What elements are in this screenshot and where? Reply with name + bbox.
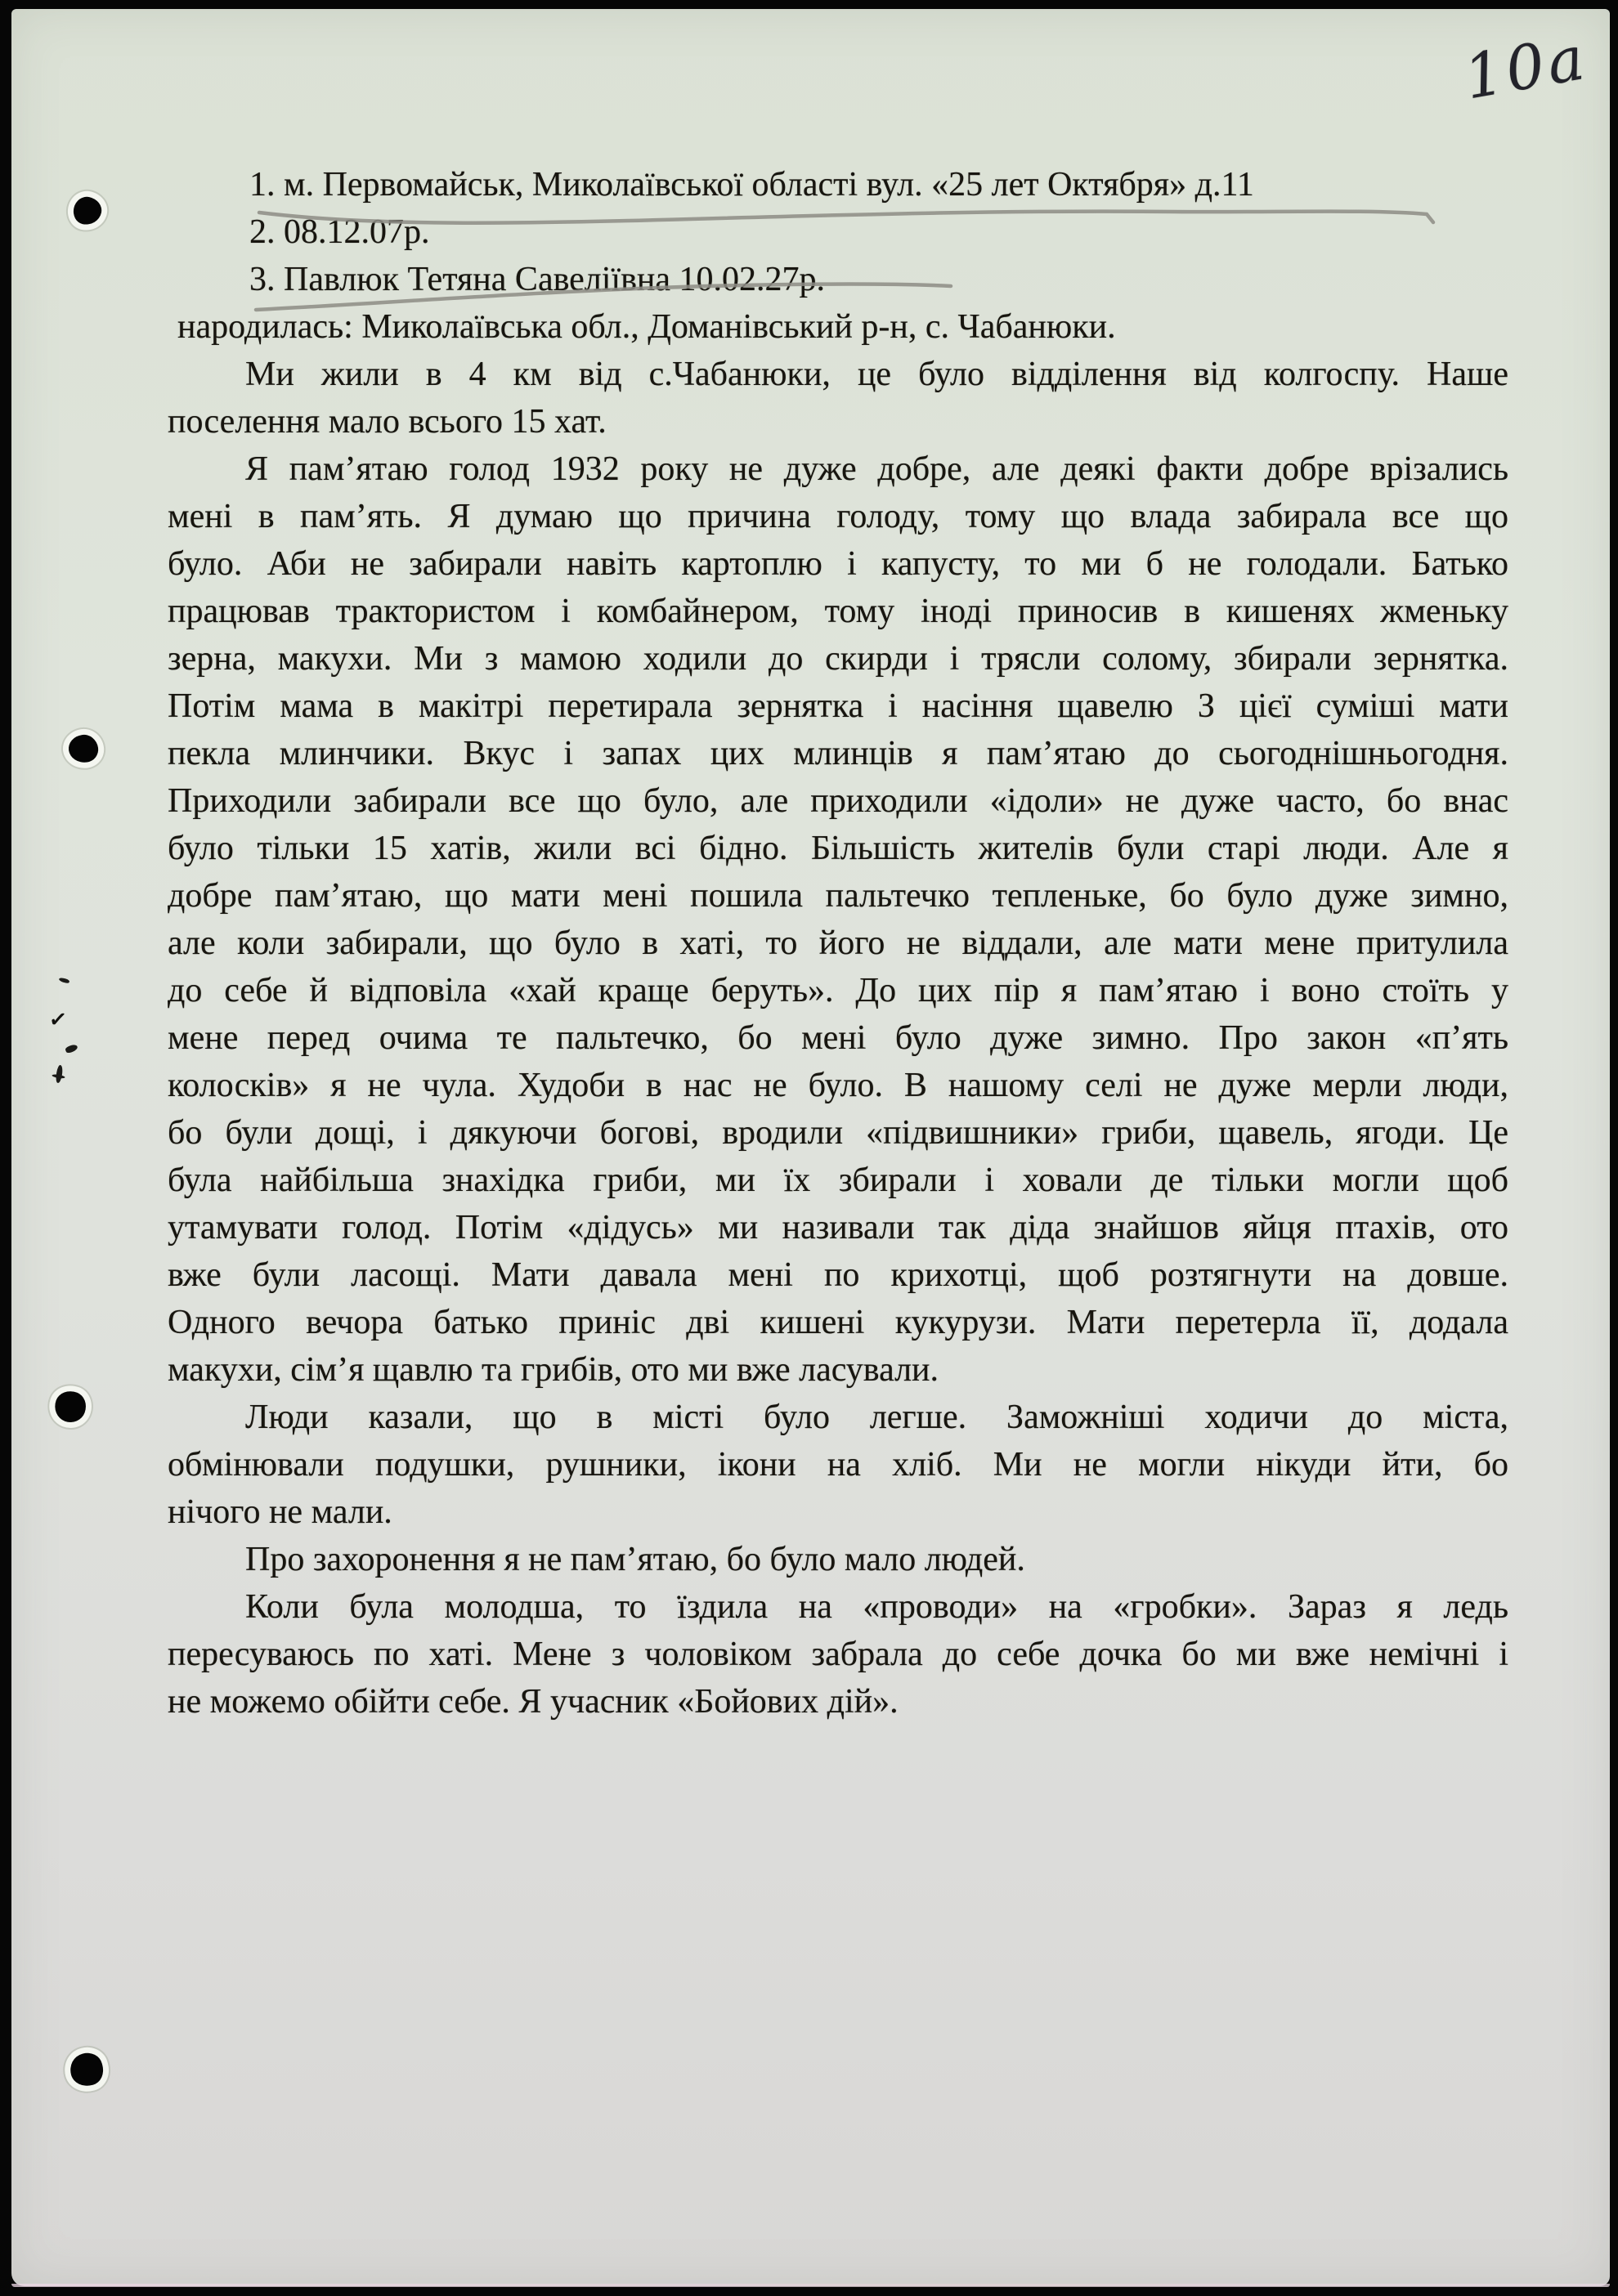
text-line: пересуваюсь по хаті. Мене з чоловіком за… <box>168 1631 1508 1678</box>
text-line: нічого не мали. <box>168 1488 1508 1536</box>
text-block: 1. м. Первомайськ, Миколаївської області… <box>168 161 1508 1755</box>
hole-punch-4 <box>67 2050 107 2090</box>
text-line: колосків» я не чула. Худоби в нас не бул… <box>168 1062 1508 1109</box>
text-line: Одного вечора батько приніс дві кишені к… <box>168 1299 1508 1346</box>
text-line: пекла млинчики. Вкус і запах цих млинців… <box>168 730 1508 777</box>
text-line: 3. Павлюк Тетяна Савеліївна 10.02.27р. <box>168 256 1508 303</box>
text-line: але коли забирали, що було в хаті, то йо… <box>168 920 1508 967</box>
text-line: Потім мама в макітрі перетирала зернятка… <box>168 683 1508 730</box>
text-line: Про захоронення я не пам’ятаю, бо було м… <box>168 1536 1508 1583</box>
text-line: Я пам’ятаю голод 1932 року не дуже добре… <box>168 445 1508 493</box>
text-line: вже були ласощі. Мати давала мені по кри… <box>168 1251 1508 1299</box>
text-line: Люди казали, що в місті було легше. Замо… <box>168 1394 1508 1441</box>
text-line: народилась: Миколаївська обл., Доманівсь… <box>168 303 1508 351</box>
text-line: 2. 08.12.07р. <box>168 208 1508 256</box>
text-line: добре пам’ятаю, що мати мені пошила паль… <box>168 872 1508 920</box>
text-line: була найбільша знахідка гриби, ми їх зби… <box>168 1157 1508 1204</box>
text-line: Приходили забирали все що було, але прих… <box>168 777 1508 825</box>
text-line: утамувати голод. Потім «дідусь» ми назив… <box>168 1204 1508 1251</box>
scanned-page: 10а 1. м. Первомайськ, Миколаївської обл… <box>0 0 1618 2296</box>
text-line: не можемо обійти себе. Я учасник «Бойови… <box>168 1678 1508 1725</box>
ink-speck-checkmark: ✓ <box>47 1007 68 1033</box>
text-line: було тільки 15 хатів, жили всі бідно. Бі… <box>168 825 1508 872</box>
hole-punch-3 <box>51 1387 91 1427</box>
text-line: Коли була молодша, то їздила на «проводи… <box>168 1583 1508 1631</box>
ink-speck-2 <box>65 1043 78 1054</box>
text-line: було. Аби не забирали навіть картоплю і … <box>168 540 1508 588</box>
text-line: працював трактористом і комбайнером, том… <box>168 588 1508 635</box>
text-line: обмінювали подушки, рушники, ікони на хл… <box>168 1441 1508 1488</box>
text-line: Ми жили в 4 км від с.Чабанюки, це було в… <box>168 351 1508 398</box>
paper: 10а 1. м. Первомайськ, Миколаївської обл… <box>11 9 1610 2286</box>
text-line: зерна, макухи. Ми з мамою ходили до скир… <box>168 635 1508 683</box>
text-lines-container: 1. м. Первомайськ, Миколаївської області… <box>168 161 1508 1725</box>
handwritten-page-number: 10а <box>1459 21 1604 132</box>
text-line: 1. м. Первомайськ, Миколаївської області… <box>168 161 1508 208</box>
text-line: макухи, сім’я щавлю та грибів, ото ми вж… <box>168 1346 1508 1394</box>
text-line: мене перед очима те пальтечко, бо мені б… <box>168 1014 1508 1062</box>
hole-punch-2 <box>67 733 100 765</box>
text-line: мені в пам’ять. Я думаю що причина голод… <box>168 493 1508 540</box>
ink-speck-1 <box>59 977 70 984</box>
text-line: бо були дощі, і дякуючи богові, вродили … <box>168 1109 1508 1157</box>
text-line: поселення мало всього 15 хат. <box>168 398 1508 445</box>
ink-speck-3 <box>55 1065 63 1084</box>
hole-punch-1 <box>71 195 104 227</box>
text-line: до себе й відповіла «хай краще беруть». … <box>168 967 1508 1014</box>
